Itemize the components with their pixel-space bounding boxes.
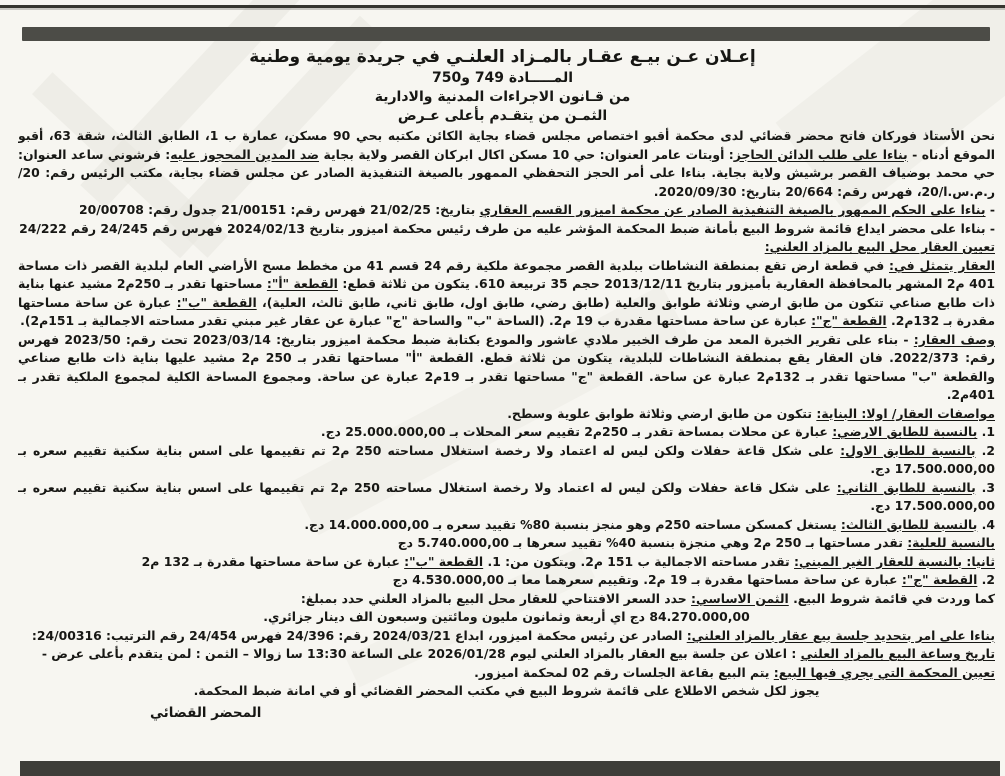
property-description: العقار يتمثل في: في قطعة ارض تقع بمنطقة …	[18, 257, 995, 331]
auction-date-paragraph: تاريخ وساعة البيع بالمزاد العلني : اعلان…	[18, 645, 995, 664]
top-border-line	[0, 5, 1005, 8]
page-title: إعـلان عـن بيـع عقـار بالمـزاد العلنـي ف…	[0, 46, 1005, 69]
deposit-paragraph: - بناءا على محضر ايداع قائمة شروط البيع …	[18, 220, 995, 239]
scanned-document-page: إعـلان عـن بيـع عقـار بالمـزاد العلنـي ف…	[0, 0, 1005, 776]
list-item-first-floor: 2. بالنسبة للطابق الاول: على شكل قاعة حف…	[18, 442, 995, 479]
unbuilt-plot-c-paragraph: 2. القطعة "ج": عبارة عن ساحة مساحتها مقد…	[18, 571, 995, 590]
intro-paragraph: نحن الأستاذ فوركان فاتح محضر قضائي لدى م…	[18, 127, 995, 201]
document-header: إعـلان عـن بيـع عقـار بالمـزاد العلنـي ف…	[0, 46, 1005, 126]
list-item-second-floor: 3. بالنسبة للطابق الثاني: على شكل قاعة ح…	[18, 479, 995, 516]
court-designation-paragraph: تعيين المحكمة التي يجري فيها البيع: يتم …	[18, 664, 995, 683]
amount-line: 84.270.000,00 دج اي أربعة وثمانون مليون …	[18, 608, 995, 627]
designation-heading: تعيين العقار محل البيع بالمزاد العلني:	[18, 238, 995, 257]
attic-paragraph: بالنسبة للعلية: تقدر مساحتها بـ 250 م2 و…	[18, 534, 995, 553]
session-order-paragraph: بناءا على امر بتحديد جلسة بيع عقار بالمز…	[18, 627, 995, 646]
signature-judicial-officer: المحضر القضائي	[150, 705, 261, 721]
title-price-note: الثمـن من يتقـدم بأعلى عـرض	[0, 107, 1005, 126]
judgment-paragraph: - بناءا على الحكم الممهور بالصيغة التنفي…	[18, 201, 995, 220]
list-item-ground-floor: 1. بالنسبة للطابق الارضي: عبارة عن محلات…	[18, 423, 995, 442]
top-border-bar	[22, 27, 990, 41]
expert-report-paragraph: وصف العقار: - بناء على تقرير الخبرة المع…	[18, 331, 995, 405]
list-item-third-floor: 4. بالنسبة للطابق الثالث: يستغل كمسكن مس…	[18, 516, 995, 535]
specs-heading: مواصفات العقار/ اولا: البناية: تتكون من …	[18, 405, 995, 424]
title-law-reference: من قـانون الاجراءات المدنية والادارية	[0, 88, 1005, 107]
unbuilt-property-paragraph: ثانيا: بالنسبة للعقار الغير المبني: تقدر…	[18, 553, 995, 572]
consultation-note: يجوز لكل شخص الاطلاع على قائمة شروط البي…	[18, 682, 995, 701]
bottom-border-bar	[20, 761, 1000, 776]
base-price-paragraph: كما وردت في قائمة شروط البيع. الثمن الاس…	[18, 590, 995, 609]
title-articles: المـــــادة 749 و750	[0, 69, 1005, 88]
document-body: نحن الأستاذ فوركان فاتح محضر قضائي لدى م…	[18, 127, 995, 712]
